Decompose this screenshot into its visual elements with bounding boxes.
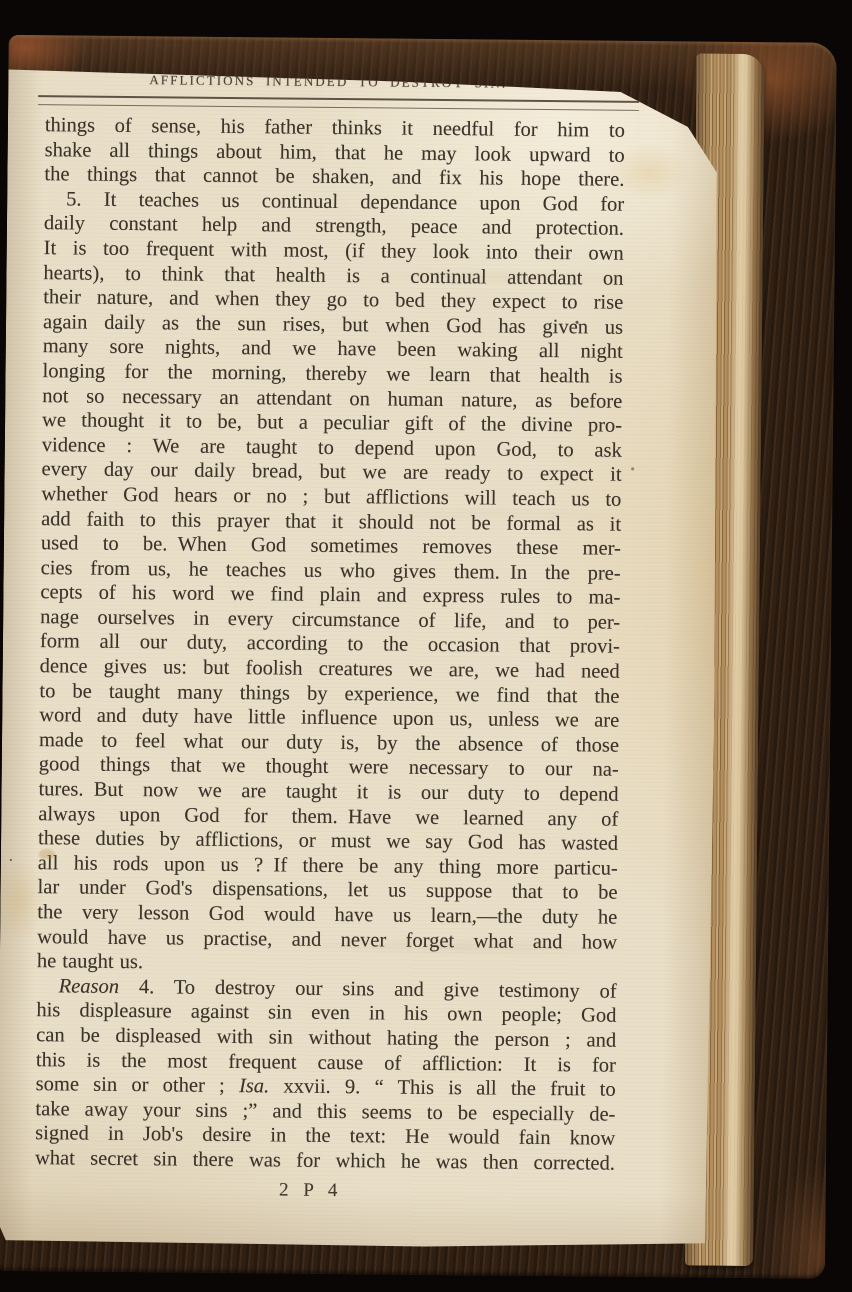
double-rule xyxy=(38,95,639,111)
book: AFFLICTIONS INTENDED TO DESTROY SIN. 583… xyxy=(0,33,845,1287)
photo-background: { "photo": { "background_color": "#0a060… xyxy=(0,0,852,1292)
header-spacer xyxy=(45,83,149,84)
text-line: what secret sin there was for which he w… xyxy=(35,1146,615,1176)
signature-mark: 2 P 4 xyxy=(35,1177,587,1204)
book-page: AFFLICTIONS INTENDED TO DESTROY SIN. 583… xyxy=(0,59,721,1252)
page-body: things of sense, his father thinks it ne… xyxy=(35,113,625,1176)
